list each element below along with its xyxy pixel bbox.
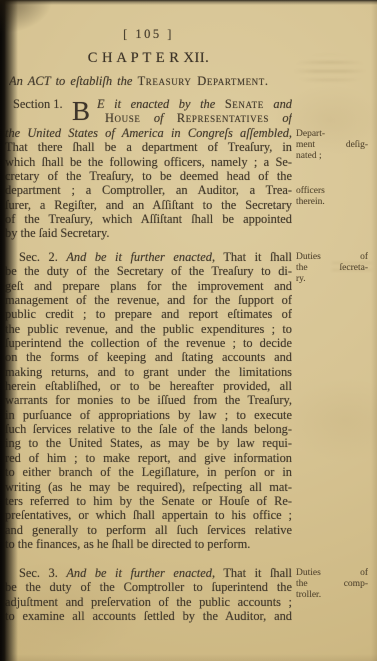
text-line: and generally to perform all ſuch ſervic… <box>5 523 292 537</box>
text-line: to either branch of the Legiſlature, in … <box>5 465 292 479</box>
margin-note-duties-of-secretary: Duties ofthe ſecreta-ry. <box>296 252 368 284</box>
text-line: geſt and prepare plans for the improveme… <box>5 279 292 293</box>
text-line: the United States of America in Congreſs… <box>5 126 292 140</box>
section3-paragraph: Sec. 3. And be it further enacted, That … <box>5 566 292 623</box>
text-line: the comp- <box>296 579 368 590</box>
chapter-heading: C H A P T E R XII. <box>5 50 292 67</box>
text-line: the ſecreta- <box>296 263 368 274</box>
text-segment: An ACT to eſtabliſh the <box>9 74 138 88</box>
text-line: ſuperintend the collection of the revenu… <box>5 336 292 350</box>
text-line: be the duty of the Secretary of the Trea… <box>5 264 292 278</box>
page-number: [ 105 ] <box>5 27 292 42</box>
show-through-smudge <box>293 52 367 88</box>
text-segment: , That it ſhall <box>212 250 292 264</box>
text-line: department ; a Comptroller, an Auditor, … <box>5 183 292 197</box>
text-line: Sec. 3. And be it further enacted, That … <box>5 566 292 580</box>
text-line: adjuſtment and preſervation of the publi… <box>5 595 292 609</box>
text-line: cretary of the Treaſury, to be deemed he… <box>5 169 292 183</box>
margin-note-department-designated: Depart-ment deſig-nated ; <box>296 129 368 161</box>
text-segment: Senate <box>225 97 264 111</box>
section1-opening-line1: E it enacted by the Senate and <box>97 97 292 111</box>
text-segment: House <box>105 111 140 125</box>
margin-note-officers-therein: officerstherein. <box>296 186 368 208</box>
text-segment: of <box>269 111 292 125</box>
text-segment: . <box>265 74 268 88</box>
text-segment: And be it further enacted <box>66 566 212 580</box>
section1-opening-line2: House of Representatives of <box>105 111 292 125</box>
text-line: Duties of <box>296 252 368 263</box>
section1-label: Section 1. <box>13 97 63 111</box>
text-line: therein. <box>296 197 368 208</box>
text-segment: Treasury Department <box>138 74 265 88</box>
text-line: officers <box>296 186 368 197</box>
text-line: ry. <box>296 274 368 285</box>
drop-cap-letter: B <box>72 98 90 125</box>
text-line: to the finances, as he ſhall be directed… <box>5 537 292 551</box>
text-line: red of him ; to make report, and give in… <box>5 451 292 465</box>
text-line: ment deſig- <box>296 140 368 151</box>
text-line: the public revenue, and the public expen… <box>5 322 292 336</box>
text-line: making returns, and to grant under the l… <box>5 365 292 379</box>
text-segment: And be it further enacted <box>66 250 212 264</box>
text-line: ters referred to him by the Senate or Ho… <box>5 494 292 508</box>
margin-note-duties-of-comptroller: Duties ofthe comp-troller. <box>296 568 368 600</box>
text-segment: the United States of America in Congreſs… <box>5 126 292 140</box>
text-line: herein eſtabliſhed, or to be hereafter p… <box>5 379 292 393</box>
text-segment: Sec. 2. <box>19 250 66 264</box>
text-line: Sec. 2. And be it further enacted, That … <box>5 250 292 264</box>
text-line: Depart- <box>296 129 368 140</box>
text-line: nated ; <box>296 151 368 162</box>
text-line: public credit ; to prepare and report eſ… <box>5 307 292 321</box>
text-segment: Sec. 3. <box>19 566 66 580</box>
section2-paragraph: Sec. 2. And be it further enacted, That … <box>5 250 292 551</box>
text-line: warrants for monies to be iſſued from th… <box>5 393 292 407</box>
text-segment: and <box>264 97 292 111</box>
text-line: ſurer, a Regiſter, and an Aſſiſtant to t… <box>5 198 292 212</box>
act-title: An ACT to eſtabliſh the Treasury Departm… <box>9 74 268 89</box>
text-line: That there ſhall be a department of Trea… <box>5 140 292 154</box>
text-line: ing to the United States, as may be by l… <box>5 436 292 450</box>
text-line: ſuch ſervices relative to the ſale of th… <box>5 422 292 436</box>
text-line: troller. <box>296 590 368 601</box>
text-line: be the duty of the Comptroller to ſuperi… <box>5 580 292 594</box>
section1-paragraph: the United States of America in Congreſs… <box>5 126 292 241</box>
text-line: in purſuance of appropriations by law ; … <box>5 408 292 422</box>
text-line: which ſhall be the following officers, n… <box>5 155 292 169</box>
text-segment: , That it ſhall <box>212 566 292 580</box>
text-line: by the ſaid Secretary. <box>5 226 292 240</box>
text-line: on the forms of keeping and ſtating acco… <box>5 350 292 364</box>
text-line: Duties of <box>296 568 368 579</box>
text-line: preſentatives, or which ſhall appertain … <box>5 508 292 522</box>
text-line: to examine all accounts ſettled by the A… <box>5 609 292 623</box>
text-line: of the Treaſury, which Aſſiſtant ſhall b… <box>5 212 292 226</box>
text-line: writing (as he may be required), reſpect… <box>5 480 292 494</box>
scanned-book-page: [ 105 ] C H A P T E R XII. An ACT to eſt… <box>0 0 377 661</box>
text-line: management of the revenue, and for the ſ… <box>5 293 292 307</box>
text-segment: E it enacted by the <box>97 97 225 111</box>
text-segment: of <box>140 111 176 125</box>
text-segment: Representatives <box>177 111 269 125</box>
section1-opening: Section 1. B E it enacted by the Senate … <box>5 97 292 126</box>
